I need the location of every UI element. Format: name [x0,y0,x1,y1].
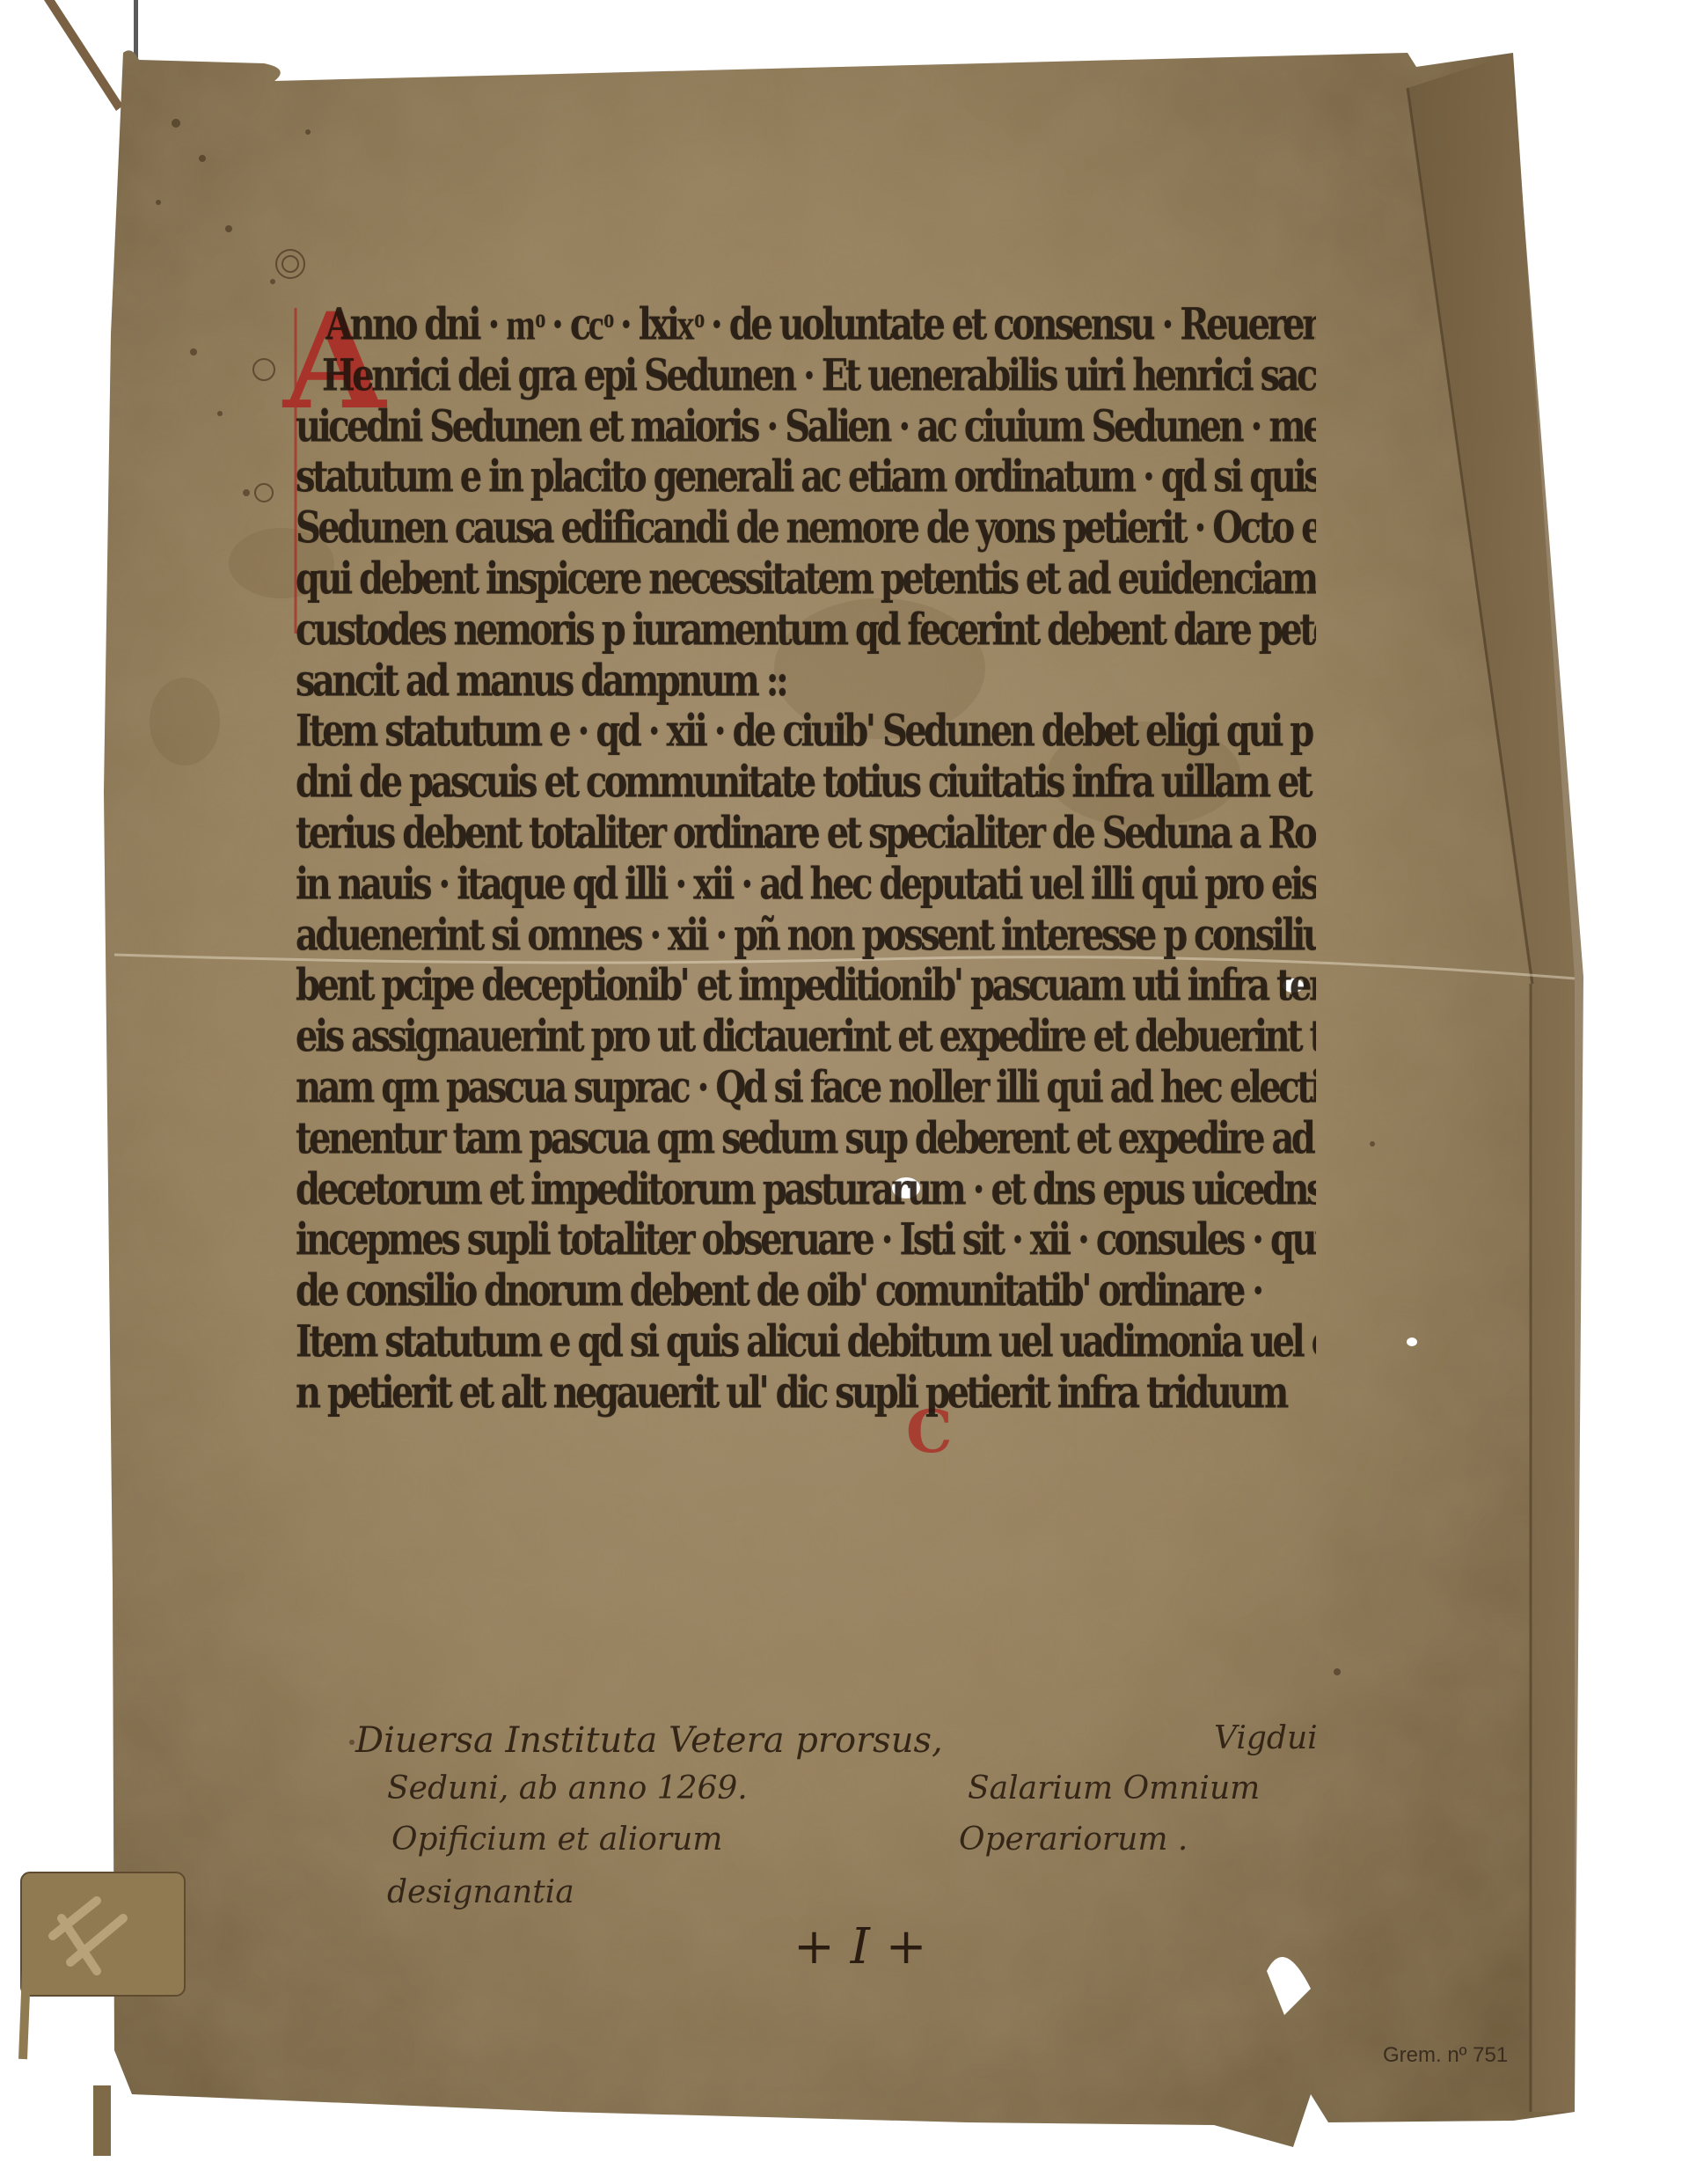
cross-mark: + I + [793,1918,927,1975]
annotation-line: Vigdui [1214,1720,1318,1756]
annotation-line: Operariorum . [959,1821,1188,1858]
metal-pin [134,0,138,62]
annotation-line: Diuersa Instituta Vetera prorsus, [355,1720,943,1761]
annotation-line: Seduni, ab anno 1269. [387,1770,748,1807]
leather-strap [44,0,123,111]
main-text-block: Anno dni · mͦ · ccͦ · lxixͦ · de uolunta… [296,299,1316,1418]
shelfmark: Grem. nº 751 [1383,2043,1508,2068]
text-line: n petierit et alt negauerit ul' dic supl… [296,1361,1316,1425]
annotation-line: designantia [387,1874,574,1910]
annotation-line: Opificium et aliorum [391,1821,722,1858]
document-stage: A C Anno dni · mͦ · ccͦ · lxixͦ · de uol… [0,0,1689,2184]
annotation-line: Salarium Omnium [968,1770,1260,1807]
